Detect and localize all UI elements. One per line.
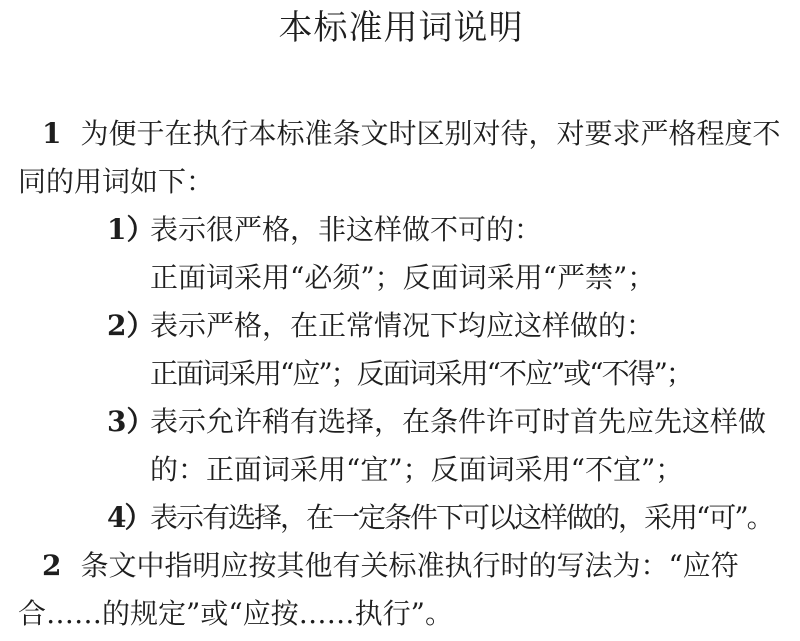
line-text: 条文中指明应按其他有关标准执行时的写法为：“应符 [80,549,738,582]
item-1-line-2: 正面词采用“必须”；反面词采用“严禁”； [18,254,794,302]
paragraph-2-line-2: 合……的规定”或“应按……执行”。 [18,590,794,638]
line-text: 表示很严格，非这样做不可的： [150,213,542,246]
paragraph-2-line-1: 2条文中指明应按其他有关标准执行时的写法为：“应符 [18,542,794,590]
line-text: 表示严格，在正常情况下均应这样做的： [150,309,654,342]
item-2-line-2: 正面词采用“应”；反面词采用“不应”或“不得”； [18,350,794,398]
line-text: 表示有选择，在一定条件下可以这样做的，采用“可”。 [150,501,773,534]
paragraph-number: 2 [42,549,61,582]
item-3-line-1: 3）表示允许稍有选择，在条件许可时首先应先这样做 [18,398,794,446]
item-number: 2） [107,302,150,350]
item-1-line-1: 1）表示很严格，非这样做不可的： [18,206,794,254]
item-number: 3） [107,398,150,446]
document-page: 本标准用词说明 1为便于在执行本标准条文时区别对待，对要求严格程度不 同的用词如… [0,0,800,641]
item-number: 1） [107,206,150,254]
line-text: 正面词采用“必须”；反面词采用“严禁”； [150,261,655,294]
item-2-line-1: 2）表示严格，在正常情况下均应这样做的： [18,302,794,350]
line-text: 的：正面词采用“宜”；反面词采用“不宜”； [150,453,683,486]
item-4-line-1: 4）表示有选择，在一定条件下可以这样做的，采用“可”。 [18,494,794,542]
item-3-line-2: 的：正面词采用“宜”；反面词采用“不宜”； [18,446,794,494]
body-text: 1为便于在执行本标准条文时区别对待，对要求严格程度不 同的用词如下： 1）表示很… [18,110,794,638]
paragraph-1-line-1: 1为便于在执行本标准条文时区别对待，对要求严格程度不 [18,110,794,158]
item-number: 4） [107,494,150,542]
page-title: 本标准用词说明 [18,8,784,48]
line-text: 正面词采用“应”；反面词采用“不应”或“不得”； [150,357,692,390]
paragraph-number: 1 [42,117,61,150]
line-text: 合……的规定”或“应按……执行”。 [18,597,453,630]
paragraph-1-line-2: 同的用词如下： [18,158,794,206]
line-text: 同的用词如下： [18,165,214,198]
line-text: 表示允许稍有选择，在条件许可时首先应先这样做 [150,405,766,438]
line-text: 为便于在执行本标准条文时区别对待，对要求严格程度不 [80,117,780,150]
